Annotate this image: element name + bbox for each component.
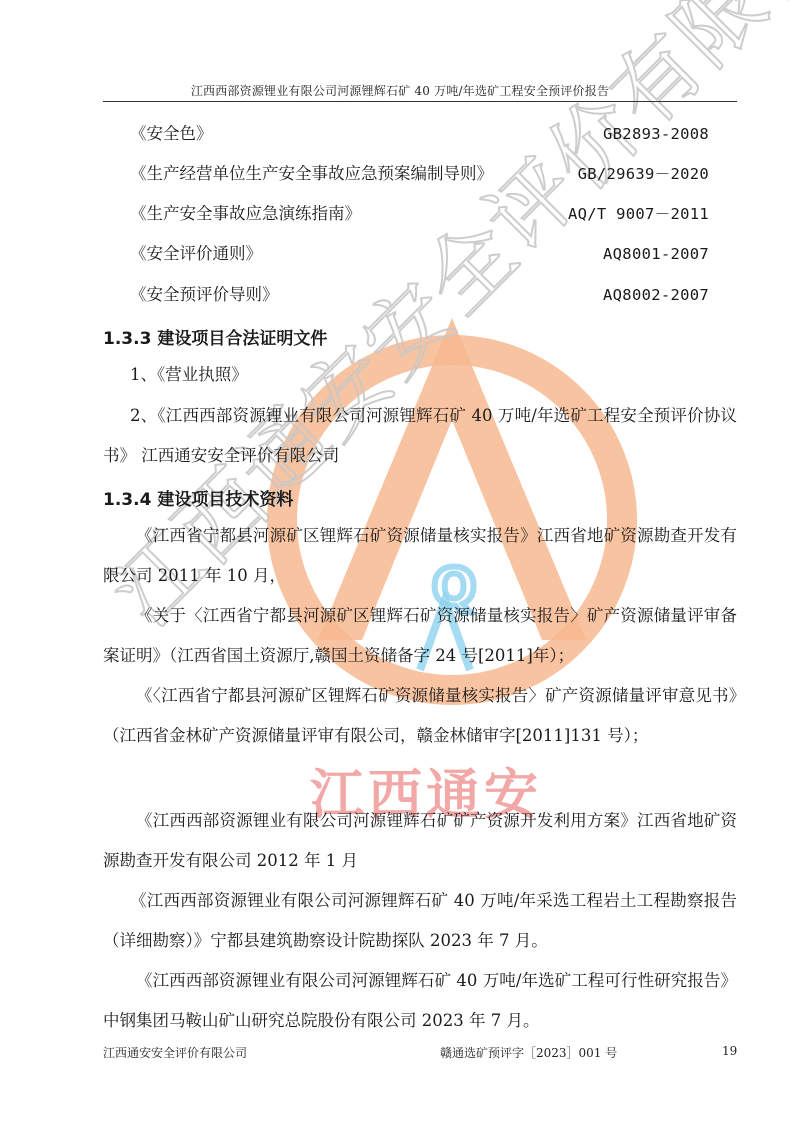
reference-title: 《生产安全事故应急演练指南》 — [130, 204, 361, 224]
tech-doc-paragraph: 《〈江西省宁都县河源矿区锂辉石矿资源储量核实报告〉矿产资源储量评审意见书》（江西… — [103, 676, 737, 756]
running-header: 江西西部资源锂业有限公司河源锂辉石矿 40 万吨/年选矿工程安全预评价报告 — [0, 82, 800, 99]
tech-doc-paragraph: 《江西西部资源锂业有限公司河源锂辉石矿矿产资源开发利用方案》江西省地矿资源勘查开… — [103, 801, 737, 881]
reference-title: 《安全色》 — [130, 124, 213, 144]
footer-company: 江西通安安全评价有限公司 — [103, 1044, 247, 1061]
reference-code: GB/29639－2020 — [578, 164, 709, 184]
reference-code: AQ/T 9007－2011 — [568, 204, 709, 224]
reference-code: AQ8002-2007 — [603, 285, 709, 305]
legal-doc-item: 2、《江西西部资源锂业有限公司河源锂辉石矿 40 万吨/年选矿工程安全预评价协议… — [103, 396, 737, 476]
reference-title: 《生产经营单位生产安全事故应急预案编制导则》 — [130, 164, 493, 184]
section-heading-1-3-4: 1.3.4 建设项目技术资料 — [103, 485, 293, 510]
section-heading-1-3-3: 1.3.3 建设项目合法证明文件 — [103, 324, 327, 349]
header-divider — [103, 101, 737, 102]
footer-doc-number: 赣通选矿预评字［2023］001 号 — [440, 1044, 617, 1061]
reference-title: 《安全预评价导则》 — [130, 285, 279, 305]
page-number: 19 — [722, 1044, 737, 1058]
tech-doc-paragraph: 《江西西部资源锂业有限公司河源锂辉石矿 40 万吨/年采选工程岩土工程勘察报告（… — [103, 881, 737, 961]
document-page: Q 江西通安安全评价有限公司 江西通安 江西西部资源锂业有限公司河源锂辉石矿 4… — [0, 0, 800, 1131]
legal-doc-item: 1、《营业执照》 — [103, 355, 737, 395]
tech-doc-paragraph: 《江西西部资源锂业有限公司河源锂辉石矿 40 万吨/年选矿工程可行性研究报告》 … — [103, 961, 737, 1041]
reference-title: 《安全评价通则》 — [130, 244, 262, 264]
tech-doc-paragraph: 《关于〈江西省宁都县河源矿区锂辉石矿资源储量核实报告〉矿产资源储量评审备案证明》… — [103, 596, 737, 676]
tech-doc-paragraph: 《江西省宁都县河源矿区锂辉石矿资源储量核实报告》江西省地矿资源勘查开发有限公司 … — [103, 516, 737, 596]
reference-code: AQ8001-2007 — [603, 244, 709, 264]
reference-code: GB2893-2008 — [603, 124, 709, 144]
